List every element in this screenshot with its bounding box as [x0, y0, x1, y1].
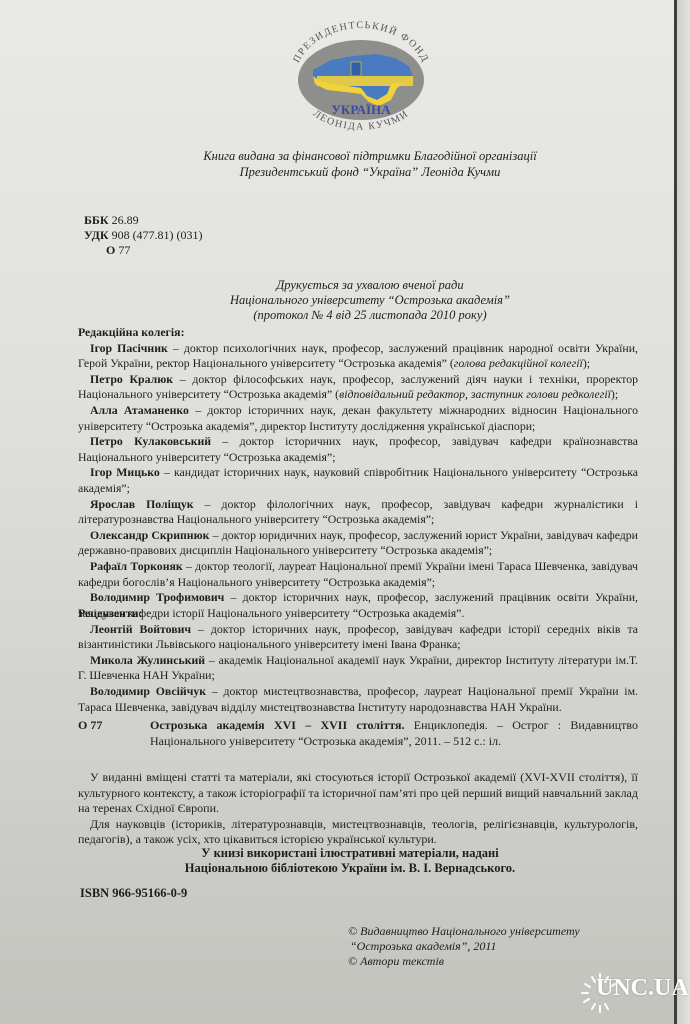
author-mark-label: О	[106, 243, 115, 257]
illustrations-line: Національною бібліотекою України ім. В. …	[130, 861, 570, 876]
support-line: Президентський фонд “Україна” Леоніда Ку…	[150, 164, 590, 180]
approval-line: Друкується за ухвалою вченої ради	[170, 278, 570, 293]
editorial-member: Петро Кулаковський – доктор історичних н…	[78, 434, 638, 465]
reviewers: Рецензенти: Леонтій Войтович – доктор іс…	[78, 606, 638, 715]
editorial-member: Рафаїл Торконяк – доктор теології, лауре…	[78, 559, 638, 590]
reviewer-name: Володимир Овсійчук	[90, 684, 206, 698]
udk-label: УДК	[84, 228, 109, 242]
member-name: Ярослав Поліщук	[90, 497, 194, 511]
member-role: відповідальний редактор, заступник голов…	[339, 387, 611, 401]
member-name: Петро Кралюк	[90, 372, 173, 386]
approval-line: (протокол № 4 від 25 листопада 2010 року…	[170, 308, 570, 323]
member-name: Рафаїл Торконяк	[90, 559, 183, 573]
author-mark-value: 77	[115, 243, 130, 257]
editorial-board: Редакційна колегія: Ігор Пасічник – докт…	[78, 325, 638, 621]
logo-center-text: УКРАЇНА	[331, 102, 391, 117]
support-line: Книга видана за фінансової підтримки Бла…	[150, 148, 590, 164]
udk-value: 908 (477.81) (031)	[109, 228, 203, 242]
copyright-line: © Автори текстів	[348, 954, 580, 969]
annotation-paragraph: У виданні вміщені статті та матеріали, я…	[78, 770, 638, 817]
annotation-paragraph: Для науковців (істориків, літературознав…	[78, 817, 638, 848]
member-role: голова редакційної колегії	[454, 356, 583, 370]
approval-note: Друкується за ухвалою вченої ради Націон…	[170, 278, 570, 323]
isbn: ISBN 966-95166-0-9	[80, 886, 187, 901]
next-page-edge	[677, 0, 690, 1024]
copyright-line: “Острозька академія”, 2011	[348, 939, 580, 954]
reviewer-name: Микола Жулинський	[90, 653, 205, 667]
member-name: Володимир Трофимович	[90, 590, 224, 604]
reviewers-heading: Рецензенти:	[78, 606, 638, 622]
punct: );	[611, 387, 618, 401]
reviewer: Микола Жулинський – академік Національно…	[78, 653, 638, 684]
member-name: Ігор Мицько	[90, 465, 160, 479]
annotation: У виданні вміщені статті та матеріали, я…	[78, 770, 638, 848]
member-name: Петро Кулаковський	[90, 434, 211, 448]
support-note: Книга видана за фінансової підтримки Бла…	[150, 148, 590, 180]
illustrations-note: У книзі використані ілюстративні матеріа…	[130, 846, 570, 876]
bbk-label: ББК	[84, 213, 109, 227]
editorial-member: Ігор Мицько – кандидат історичних наук, …	[78, 465, 638, 496]
editorial-board-heading: Редакційна колегія:	[78, 325, 638, 341]
reviewer: Леонтій Войтович – доктор історичних нау…	[78, 622, 638, 653]
catalog-code: О 77	[78, 718, 102, 734]
member-name: Алла Атаманенко	[90, 403, 189, 417]
catalog-title: Острозька академія XVI – XVII століття.	[150, 718, 404, 732]
copyright-line: © Видавництво Національного університету	[348, 924, 580, 939]
watermark-text: UNC.UA	[596, 975, 689, 1002]
classification-block: ББК 26.89 УДК 908 (477.81) (031) О 77	[84, 213, 203, 258]
catalog-entry: О 77 Острозька академія XVI – XVII столі…	[78, 718, 638, 749]
approval-line: Національного університету “Острозька ак…	[170, 293, 570, 308]
member-desc: – кандидат історичних наук, науковий спі…	[78, 465, 638, 495]
editorial-member: Петро Кралюк – доктор філософських наук,…	[78, 372, 638, 403]
presidential-fund-logo: УКРАЇНА ПРЕЗИДЕНТСЬКИЙ ФОНД ЛЕОНІДА КУЧМ…	[281, 14, 441, 134]
editorial-member: Ігор Пасічник – доктор психологічних нау…	[78, 341, 638, 372]
reviewer: Володимир Овсійчук – доктор мистецтвозна…	[78, 684, 638, 715]
bbk-value: 26.89	[109, 213, 139, 227]
member-name: Ігор Пасічник	[90, 341, 168, 355]
illustrations-line: У книзі використані ілюстративні матеріа…	[130, 846, 570, 861]
editorial-member: Олександр Скрипнюк – доктор юридичних на…	[78, 528, 638, 559]
member-name: Олександр Скрипнюк	[90, 528, 209, 542]
editorial-member: Ярослав Поліщук – доктор філологічних на…	[78, 497, 638, 528]
reviewer-name: Леонтій Войтович	[90, 622, 191, 636]
punct: );	[583, 356, 590, 370]
copyright-block: © Видавництво Національного університету…	[348, 924, 580, 969]
editorial-member: Алла Атаманенко – доктор історичних наук…	[78, 403, 638, 434]
